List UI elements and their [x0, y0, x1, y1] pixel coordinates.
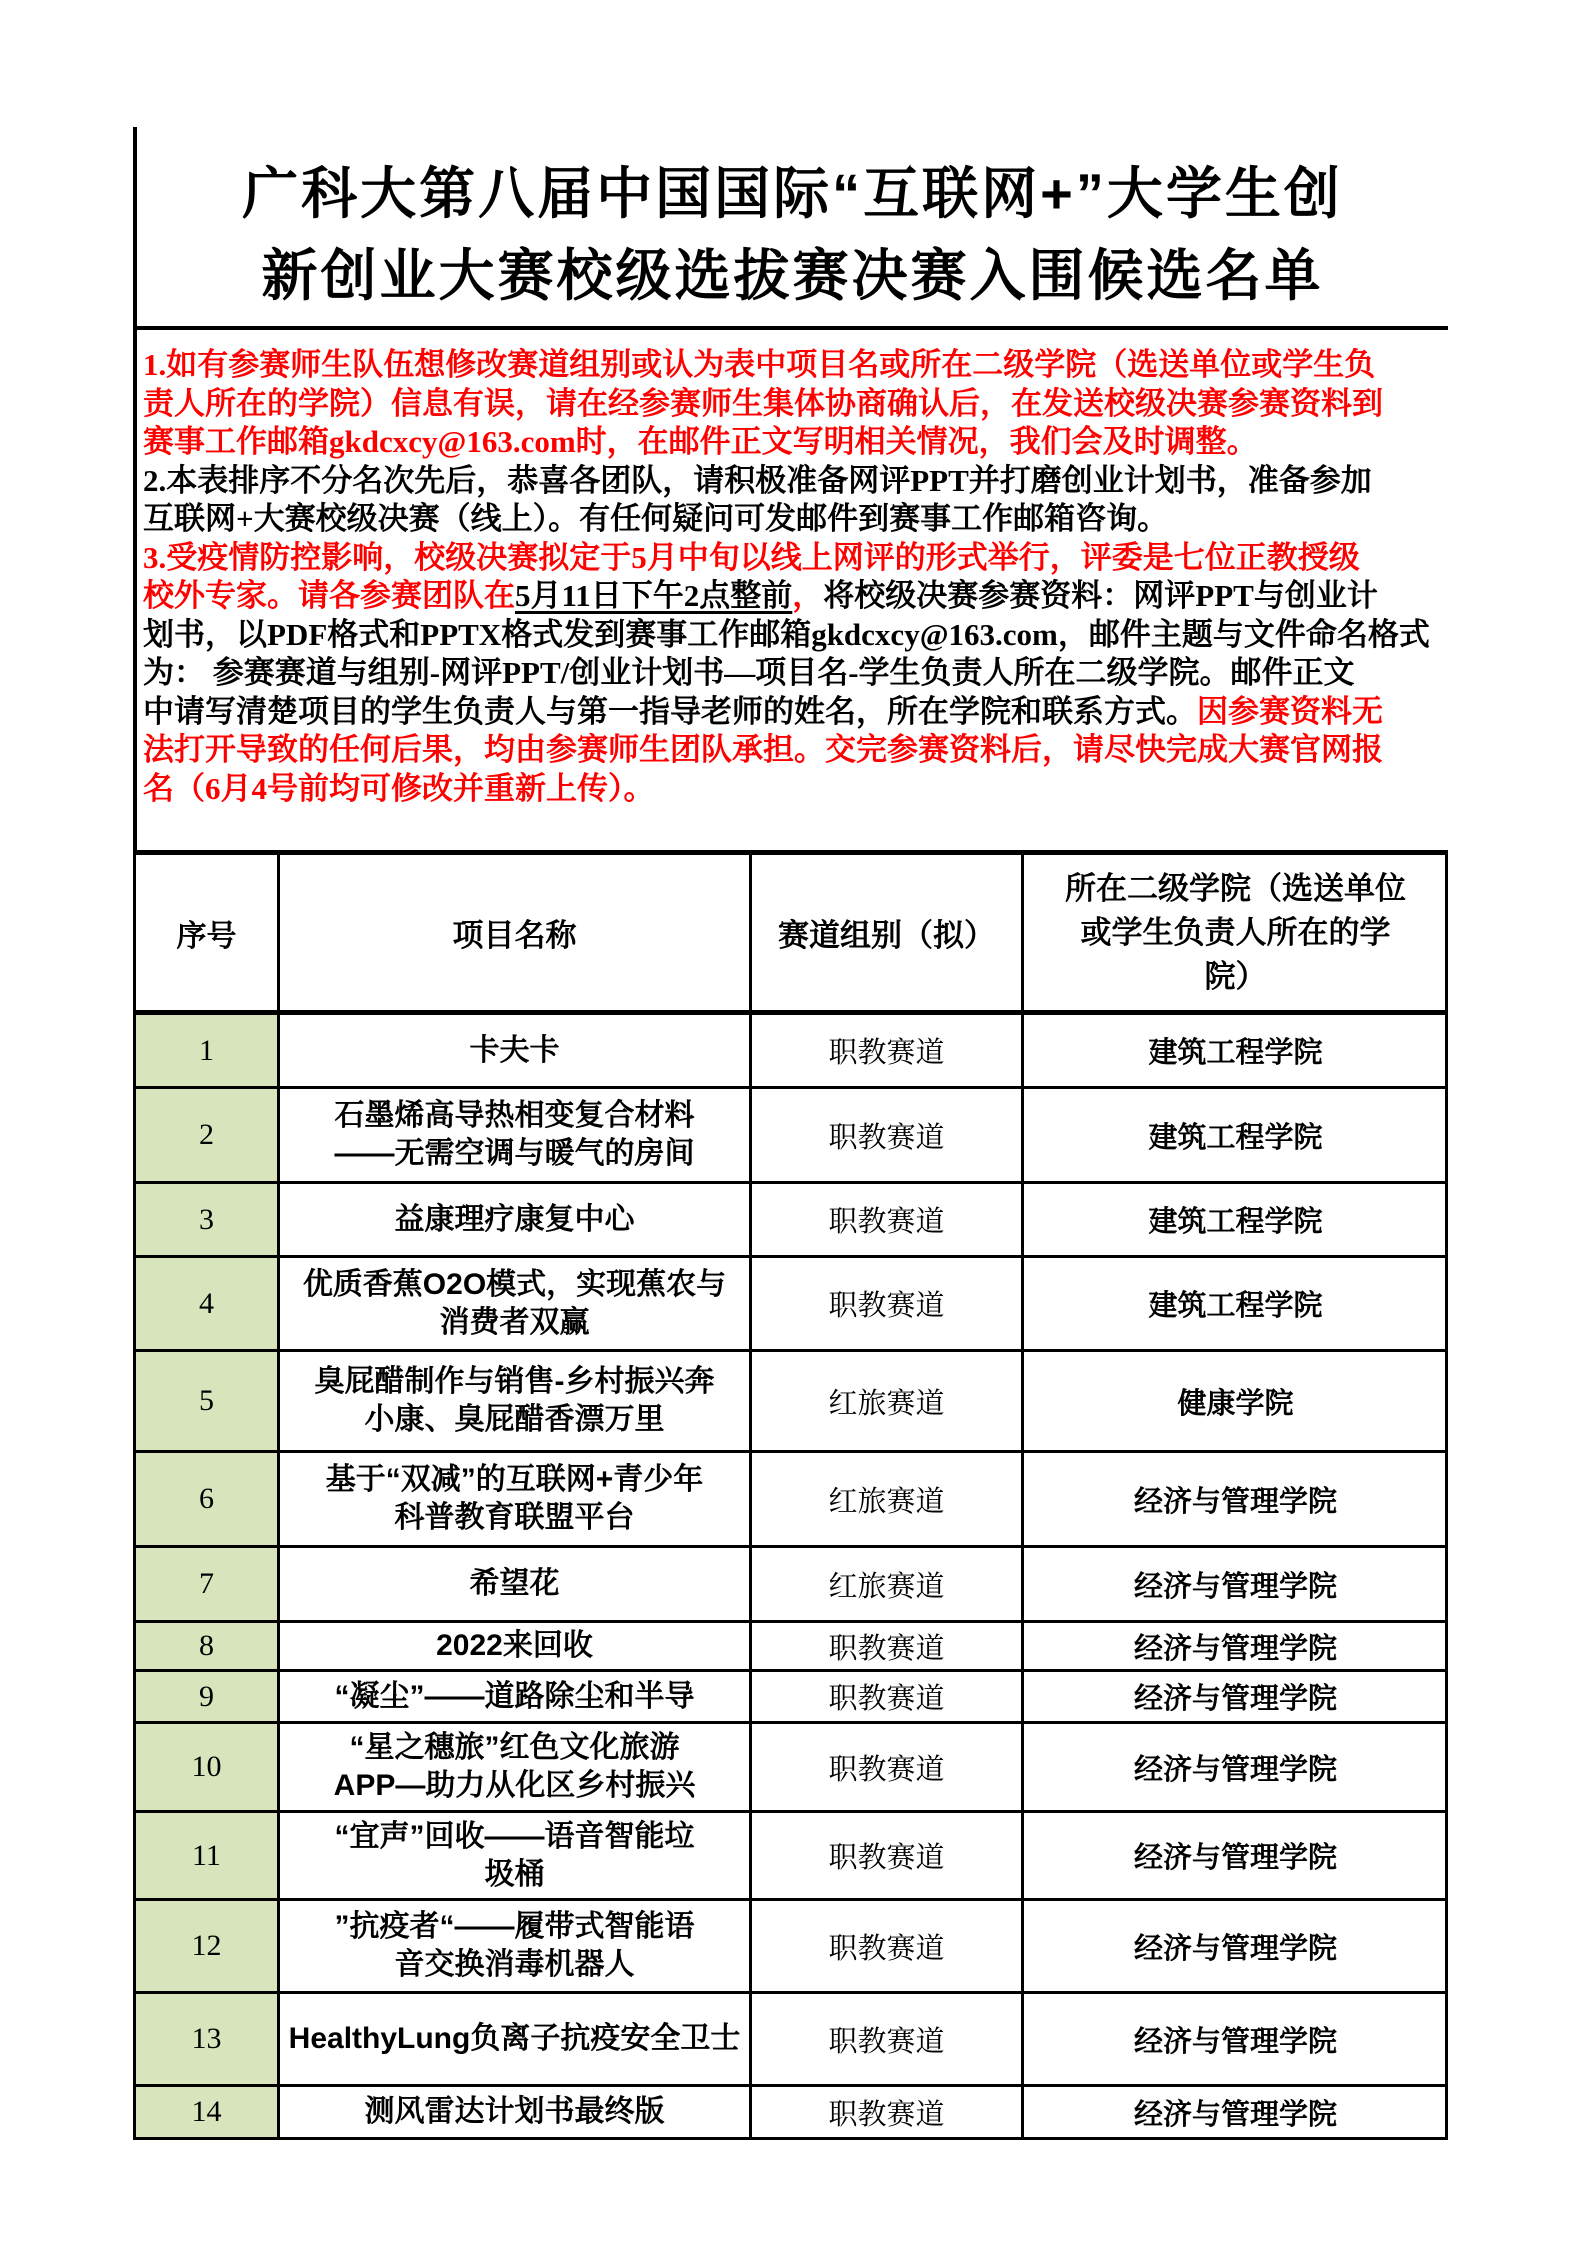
row-number-cell: 9: [136, 1672, 280, 1721]
note-text-segment: 为： 参赛赛道与组别-网评PPT/创业计划书—项目名-学生负责人所在二级学院。邮…: [143, 655, 1355, 690]
project-name-cell: 测风雷达计划书最终版: [280, 2087, 752, 2137]
table-row: 1卡夫卡职教赛道建筑工程学院: [136, 1015, 1445, 1089]
college-cell: 建筑工程学院: [1024, 1258, 1447, 1349]
page-title: 广科大第八届中国国际“互联网+”大学生创 新创业大赛校级选拔赛决赛入围候选名单: [133, 127, 1448, 330]
note-line: 赛事工作邮箱gkdcxcy@163.com时，在邮件正文写明相关情况，我们会及时…: [143, 423, 1444, 462]
project-name-cell: 基于“双减”的互联网+青少年科普教育联盟平台: [280, 1453, 752, 1545]
row-number-cell: 6: [136, 1453, 280, 1545]
track-cell: 职教赛道: [752, 1623, 1024, 1669]
row-number-cell: 5: [136, 1352, 280, 1450]
college-cell: 经济与管理学院: [1024, 1623, 1447, 1669]
note-line: 1.如有参赛师生队伍想修改赛道组别或认为表中项目名或所在二级学院（选送单位或学生…: [143, 346, 1444, 385]
note-line: 2.本表排序不分名次先后，恭喜各团队，请积极准备网评PPT并打磨创业计划书，准备…: [143, 462, 1444, 501]
table-row: 2石墨烯高导热相变复合材料——无需空调与暖气的房间职教赛道建筑工程学院: [136, 1089, 1445, 1184]
shortlist-table: 序号 项目名称 赛道组别（拟） 所在二级学院（选送单位或学生负责人所在的学院） …: [133, 850, 1448, 2140]
note-text-segment: 将校级决赛参赛资料：网评PPT与创业计: [823, 578, 1378, 613]
table-row: 7希望花红旅赛道经济与管理学院: [136, 1548, 1445, 1623]
project-name-cell: HealthyLung负离子抗疫安全卫士: [280, 1994, 752, 2084]
page-title-line1: 广科大第八届中国国际“互联网+”大学生创: [137, 153, 1448, 235]
college-cell: 经济与管理学院: [1024, 1813, 1447, 1898]
table-row: 82022来回收职教赛道经济与管理学院: [136, 1623, 1445, 1672]
note-text-segment: 1.如有参赛师生队伍想修改赛道组别或认为表中项目名或所在二级学院（选送单位或学生…: [143, 347, 1375, 382]
row-number-cell: 7: [136, 1548, 280, 1620]
header-cell-track: 赛道组别（拟）: [752, 855, 1024, 1010]
notes-section: 1.如有参赛师生队伍想修改赛道组别或认为表中项目名或所在二级学院（选送单位或学生…: [133, 330, 1448, 850]
table-row: 6基于“双减”的互联网+青少年科普教育联盟平台红旅赛道经济与管理学院: [136, 1453, 1445, 1548]
row-number-cell: 12: [136, 1901, 280, 1991]
note-line: 划书，以PDF格式和PPTX格式发到赛事工作邮箱gkdcxcy@163.com，…: [143, 616, 1444, 655]
note-text-segment: 赛事工作邮箱gkdcxcy@163.com时，在邮件正文写明相关情况，我们会及时…: [143, 424, 1258, 459]
table-row: 13HealthyLung负离子抗疫安全卫士职教赛道经济与管理学院: [136, 1994, 1445, 2087]
note-text-segment: 划书，以PDF格式和PPTX格式发到赛事工作邮箱gkdcxcy@163.com，…: [143, 617, 1430, 652]
row-number-cell: 3: [136, 1184, 280, 1255]
college-cell: 经济与管理学院: [1024, 1672, 1447, 1721]
college-cell: 经济与管理学院: [1024, 1994, 1447, 2084]
row-number-cell: 4: [136, 1258, 280, 1349]
header-cell-index: 序号: [136, 855, 280, 1010]
table-row: 11“宜声”回收——语音智能垃圾桶职教赛道经济与管理学院: [136, 1813, 1445, 1901]
project-name-cell: 优质香蕉O2O模式，实现蕉农与消费者双赢: [280, 1258, 752, 1349]
note-line: 法打开导致的任何后果，均由参赛师生团队承担。交完参赛资料后，请尽快完成大赛官网报: [143, 731, 1444, 770]
project-name-cell: 2022来回收: [280, 1623, 752, 1669]
row-number-cell: 8: [136, 1623, 280, 1669]
college-cell: 建筑工程学院: [1024, 1184, 1447, 1255]
row-number-cell: 13: [136, 1994, 280, 2084]
track-cell: 职教赛道: [752, 1089, 1024, 1181]
note-line: 名（6月4号前均可修改并重新上传）。: [143, 770, 1444, 809]
note-line: 互联网+大赛校级决赛（线上）。有任何疑问可发邮件到赛事工作邮箱咨询。: [143, 500, 1444, 539]
document-sheet: 广科大第八届中国国际“互联网+”大学生创 新创业大赛校级选拔赛决赛入围候选名单 …: [133, 127, 1448, 2140]
college-cell: 建筑工程学院: [1024, 1089, 1447, 1181]
note-text-segment: 因参赛资料无: [1197, 694, 1383, 729]
college-cell: 经济与管理学院: [1024, 1724, 1447, 1810]
track-cell: 红旅赛道: [752, 1352, 1024, 1450]
college-cell: 经济与管理学院: [1024, 1901, 1447, 1991]
table-row: 12”抗疫者“——履带式智能语音交换消毒机器人职教赛道经济与管理学院: [136, 1901, 1445, 1994]
project-name-cell: 希望花: [280, 1548, 752, 1620]
note-text-segment: 互联网+大赛校级决赛（线上）。有任何疑问可发邮件到赛事工作邮箱咨询。: [143, 501, 1168, 536]
college-cell: 经济与管理学院: [1024, 1548, 1447, 1620]
table-row: 14测风雷达计划书最终版职教赛道经济与管理学院: [136, 2087, 1445, 2137]
college-cell: 建筑工程学院: [1024, 1015, 1447, 1086]
note-text-segment: 2.本表排序不分名次先后，恭喜各团队，请积极准备网评PPT并打磨创业计划书，准备…: [143, 463, 1372, 498]
college-cell: 经济与管理学院: [1024, 1453, 1447, 1545]
table-row: 9“凝尘”——道路除尘和半导职教赛道经济与管理学院: [136, 1672, 1445, 1724]
table-body: 1卡夫卡职教赛道建筑工程学院2石墨烯高导热相变复合材料——无需空调与暖气的房间职…: [136, 1015, 1445, 2137]
project-name-cell: 卡夫卡: [280, 1015, 752, 1086]
track-cell: 职教赛道: [752, 1184, 1024, 1255]
project-name-cell: 石墨烯高导热相变复合材料——无需空调与暖气的房间: [280, 1089, 752, 1181]
college-cell: 健康学院: [1024, 1352, 1447, 1450]
note-text-segment: 中请写清楚项目的学生负责人与第一指导老师的姓名，所在学院和联系方式。: [143, 694, 1197, 729]
college-cell: 经济与管理学院: [1024, 2087, 1447, 2137]
note-text-segment: 5月11日下午2点整前: [515, 578, 792, 613]
track-cell: 职教赛道: [752, 1901, 1024, 1991]
track-cell: 职教赛道: [752, 1015, 1024, 1086]
header-cell-project-name: 项目名称: [280, 855, 752, 1010]
project-name-cell: 益康理疗康复中心: [280, 1184, 752, 1255]
row-number-cell: 11: [136, 1813, 280, 1898]
project-name-cell: “星之穗旅”红色文化旅游APP—助力从化区乡村振兴: [280, 1724, 752, 1810]
row-number-cell: 1: [136, 1015, 280, 1086]
project-name-cell: 臭屁醋制作与销售-乡村振兴奔小康、臭屁醋香漂万里: [280, 1352, 752, 1450]
track-cell: 职教赛道: [752, 2087, 1024, 2137]
table-row: 4优质香蕉O2O模式，实现蕉农与消费者双赢职教赛道建筑工程学院: [136, 1258, 1445, 1352]
note-line: 中请写清楚项目的学生负责人与第一指导老师的姓名，所在学院和联系方式。因参赛资料无: [143, 693, 1444, 732]
track-cell: 职教赛道: [752, 1672, 1024, 1721]
header-cell-college-label: 所在二级学院（选送单位或学生负责人所在的学院）: [1058, 867, 1414, 999]
track-cell: 职教赛道: [752, 1258, 1024, 1349]
project-name-cell: “凝尘”——道路除尘和半导: [280, 1672, 752, 1721]
row-number-cell: 2: [136, 1089, 280, 1181]
note-text-segment: 责人所在的学院）信息有误，请在经参赛师生集体协商确认后，在发送校级决赛参赛资料到: [143, 386, 1383, 421]
track-cell: 红旅赛道: [752, 1453, 1024, 1545]
header-cell-college: 所在二级学院（选送单位或学生负责人所在的学院）: [1024, 855, 1447, 1010]
project-name-cell: “宜声”回收——语音智能垃圾桶: [280, 1813, 752, 1898]
row-number-cell: 10: [136, 1724, 280, 1810]
note-line: 3.受疫情防控影响，校级决赛拟定于5月中旬以线上网评的形式举行，评委是七位正教授…: [143, 539, 1444, 578]
note-line: 校外专家。请各参赛团队在5月11日下午2点整前，将校级决赛参赛资料：网评PPT与…: [143, 577, 1444, 616]
table-header-row: 序号 项目名称 赛道组别（拟） 所在二级学院（选送单位或学生负责人所在的学院）: [136, 855, 1445, 1015]
note-text-segment: 名（6月4号前均可修改并重新上传）。: [143, 771, 655, 806]
note-line: 为： 参赛赛道与组别-网评PPT/创业计划书—项目名-学生负责人所在二级学院。邮…: [143, 654, 1444, 693]
note-text-segment: 校外专家。请各参赛团队在: [143, 578, 515, 613]
project-name-cell: ”抗疫者“——履带式智能语音交换消毒机器人: [280, 1901, 752, 1991]
note-text-segment: 3.受疫情防控影响，校级决赛拟定于5月中旬以线上网评的形式举行，评委是七位正教授…: [143, 540, 1360, 575]
table-row: 3益康理疗康复中心职教赛道建筑工程学院: [136, 1184, 1445, 1258]
note-text-segment: ，: [792, 578, 823, 613]
row-number-cell: 14: [136, 2087, 280, 2137]
track-cell: 红旅赛道: [752, 1548, 1024, 1620]
note-line: 责人所在的学院）信息有误，请在经参赛师生集体协商确认后，在发送校级决赛参赛资料到: [143, 385, 1444, 424]
track-cell: 职教赛道: [752, 1724, 1024, 1810]
note-text-segment: 法打开导致的任何后果，均由参赛师生团队承担。交完参赛资料后，请尽快完成大赛官网报: [143, 732, 1383, 767]
table-row: 10“星之穗旅”红色文化旅游APP—助力从化区乡村振兴职教赛道经济与管理学院: [136, 1724, 1445, 1813]
track-cell: 职教赛道: [752, 1994, 1024, 2084]
table-row: 5臭屁醋制作与销售-乡村振兴奔小康、臭屁醋香漂万里红旅赛道健康学院: [136, 1352, 1445, 1453]
page-title-line2: 新创业大赛校级选拔赛决赛入围候选名单: [137, 235, 1448, 317]
track-cell: 职教赛道: [752, 1813, 1024, 1898]
